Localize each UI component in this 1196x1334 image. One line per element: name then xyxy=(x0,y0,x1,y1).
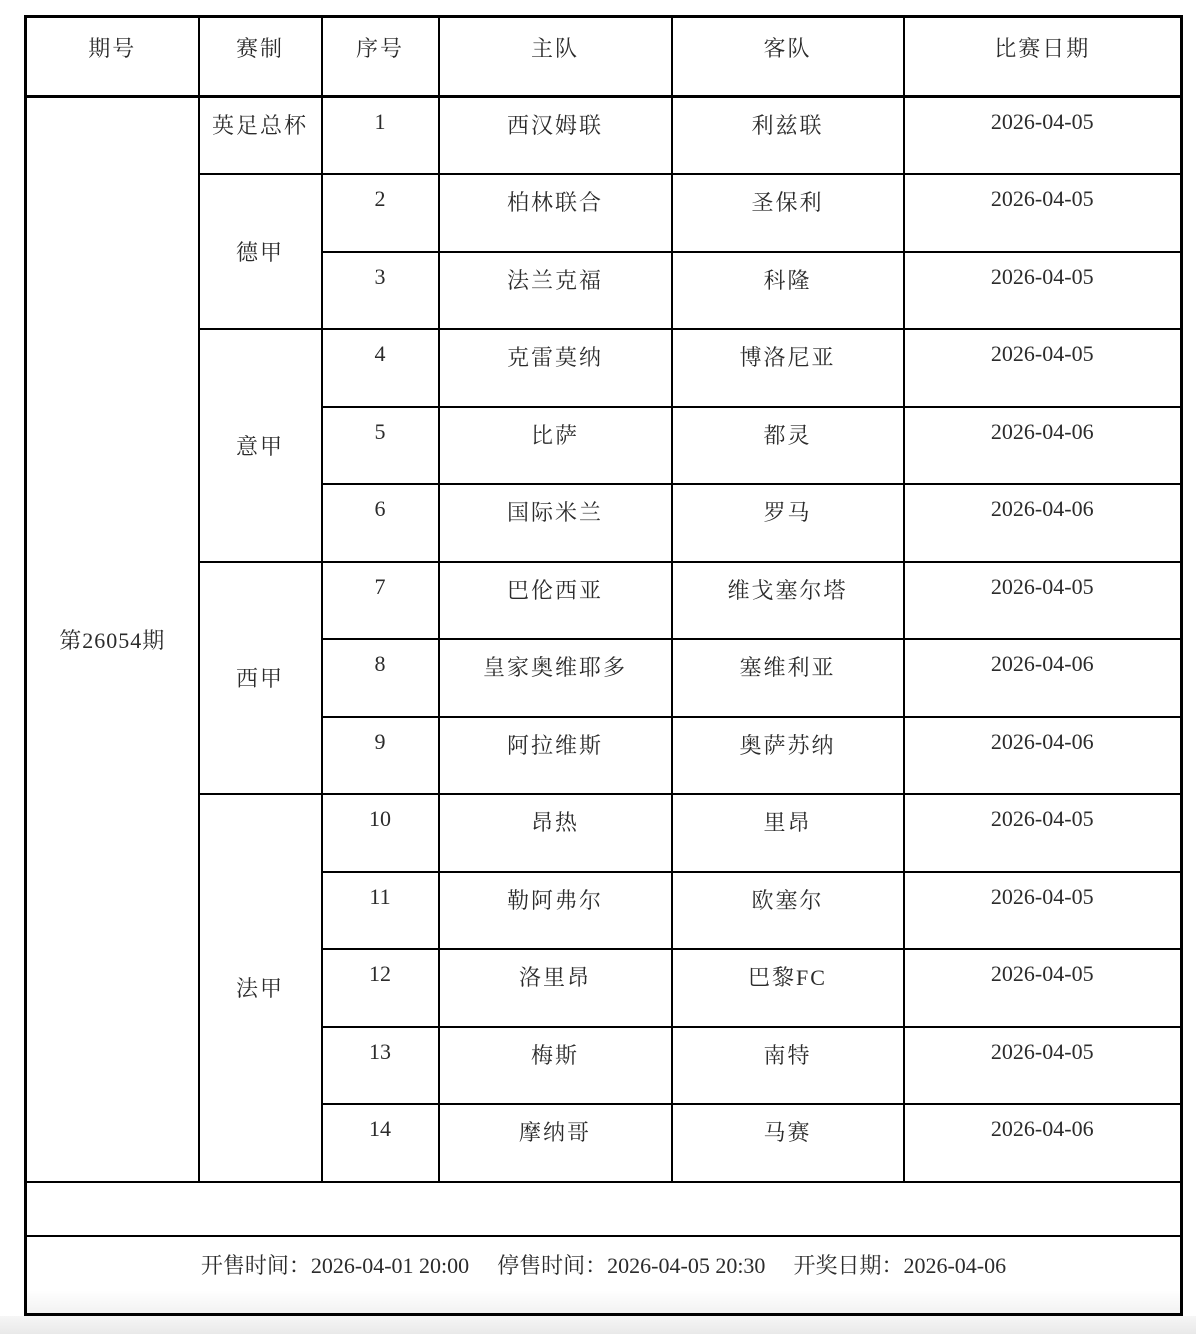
match-date-cell: 2026-04-05 xyxy=(904,329,1182,407)
match-row: 第26054期英足总杯1西汉姆联利兹联2026-04-05 xyxy=(26,97,1182,175)
home-team-cell: 国际米兰 xyxy=(439,484,672,562)
away-team-cell: 圣保利 xyxy=(672,174,904,252)
sale-info-cell: 开售时间：2026-04-01 20:00停售时间：2026-04-05 20:… xyxy=(26,1236,1182,1315)
sale-stop-label: 停售时间： xyxy=(497,1253,607,1278)
match-date-cell: 2026-04-05 xyxy=(904,872,1182,950)
spacer-row xyxy=(26,1182,1182,1236)
home-team-cell: 勒阿弗尔 xyxy=(439,872,672,950)
league-cell: 法甲 xyxy=(199,794,322,1182)
issue-cell: 第26054期 xyxy=(26,97,199,1182)
header-row: 期号 赛制 序号 主队 客队 比赛日期 xyxy=(26,17,1182,97)
draw-date-label: 开奖日期： xyxy=(793,1253,903,1278)
match-no-cell: 14 xyxy=(322,1104,439,1182)
col-header-match-no: 序号 xyxy=(322,17,439,97)
table-footer-rows: 开售时间：2026-04-01 20:00停售时间：2026-04-05 20:… xyxy=(26,1182,1182,1315)
col-header-match-date: 比赛日期 xyxy=(904,17,1182,97)
match-date-cell: 2026-04-06 xyxy=(904,1104,1182,1182)
match-date-cell: 2026-04-05 xyxy=(904,174,1182,252)
match-no-cell: 9 xyxy=(322,717,439,795)
home-team-cell: 巴伦西亚 xyxy=(439,562,672,640)
away-team-cell: 巴黎FC xyxy=(672,949,904,1027)
match-no-cell: 12 xyxy=(322,949,439,1027)
schedule-tbody: 第26054期英足总杯1西汉姆联利兹联2026-04-05德甲2柏林联合圣保利2… xyxy=(26,97,1182,1182)
match-no-cell: 13 xyxy=(322,1027,439,1105)
sale-info-row: 开售时间：2026-04-01 20:00停售时间：2026-04-05 20:… xyxy=(26,1236,1182,1315)
draw-date-value: 2026-04-06 xyxy=(903,1253,1006,1278)
match-row: 意甲4克雷莫纳博洛尼亚2026-04-05 xyxy=(26,329,1182,407)
league-cell: 西甲 xyxy=(199,562,322,795)
match-no-cell: 5 xyxy=(322,407,439,485)
match-date-cell: 2026-04-05 xyxy=(904,252,1182,330)
match-no-cell: 8 xyxy=(322,639,439,717)
home-team-cell: 洛里昂 xyxy=(439,949,672,1027)
match-date-cell: 2026-04-05 xyxy=(904,949,1182,1027)
home-team-cell: 摩纳哥 xyxy=(439,1104,672,1182)
away-team-cell: 欧塞尔 xyxy=(672,872,904,950)
match-row: 法甲10昂热里昂2026-04-05 xyxy=(26,794,1182,872)
away-team-cell: 利兹联 xyxy=(672,97,904,175)
home-team-cell: 梅斯 xyxy=(439,1027,672,1105)
spacer-cell xyxy=(26,1182,1182,1236)
col-header-home-team: 主队 xyxy=(439,17,672,97)
match-date-cell: 2026-04-06 xyxy=(904,484,1182,562)
match-no-cell: 2 xyxy=(322,174,439,252)
away-team-cell: 南特 xyxy=(672,1027,904,1105)
home-team-cell: 法兰克福 xyxy=(439,252,672,330)
match-date-cell: 2026-04-06 xyxy=(904,407,1182,485)
away-team-cell: 马赛 xyxy=(672,1104,904,1182)
home-team-cell: 比萨 xyxy=(439,407,672,485)
match-no-cell: 10 xyxy=(322,794,439,872)
lottery-schedule-table: 期号 赛制 序号 主队 客队 比赛日期 第26054期英足总杯1西汉姆联利兹联2… xyxy=(24,15,1183,1316)
match-row: 西甲7巴伦西亚维戈塞尔塔2026-04-05 xyxy=(26,562,1182,640)
away-team-cell: 塞维利亚 xyxy=(672,639,904,717)
match-no-cell: 7 xyxy=(322,562,439,640)
away-team-cell: 里昂 xyxy=(672,794,904,872)
match-date-cell: 2026-04-05 xyxy=(904,562,1182,640)
league-cell: 英足总杯 xyxy=(199,97,322,175)
match-no-cell: 1 xyxy=(322,97,439,175)
match-date-cell: 2026-04-05 xyxy=(904,97,1182,175)
match-date-cell: 2026-04-05 xyxy=(904,1027,1182,1105)
match-no-cell: 6 xyxy=(322,484,439,562)
page-bottom-strip xyxy=(0,1316,1196,1334)
away-team-cell: 科隆 xyxy=(672,252,904,330)
away-team-cell: 博洛尼亚 xyxy=(672,329,904,407)
home-team-cell: 西汉姆联 xyxy=(439,97,672,175)
away-team-cell: 罗马 xyxy=(672,484,904,562)
away-team-cell: 奥萨苏纳 xyxy=(672,717,904,795)
sale-start-value: 2026-04-01 20:00 xyxy=(311,1253,469,1278)
home-team-cell: 昂热 xyxy=(439,794,672,872)
league-cell: 德甲 xyxy=(199,174,322,329)
league-cell: 意甲 xyxy=(199,329,322,562)
match-date-cell: 2026-04-06 xyxy=(904,639,1182,717)
match-no-cell: 11 xyxy=(322,872,439,950)
home-team-cell: 克雷莫纳 xyxy=(439,329,672,407)
col-header-issue: 期号 xyxy=(26,17,199,97)
match-date-cell: 2026-04-05 xyxy=(904,794,1182,872)
away-team-cell: 维戈塞尔塔 xyxy=(672,562,904,640)
away-team-cell: 都灵 xyxy=(672,407,904,485)
match-row: 德甲2柏林联合圣保利2026-04-05 xyxy=(26,174,1182,252)
sale-start-label: 开售时间： xyxy=(201,1253,311,1278)
match-no-cell: 3 xyxy=(322,252,439,330)
home-team-cell: 皇家奥维耶多 xyxy=(439,639,672,717)
col-header-league: 赛制 xyxy=(199,17,322,97)
home-team-cell: 柏林联合 xyxy=(439,174,672,252)
match-date-cell: 2026-04-06 xyxy=(904,717,1182,795)
table-header: 期号 赛制 序号 主队 客队 比赛日期 xyxy=(26,17,1182,97)
home-team-cell: 阿拉维斯 xyxy=(439,717,672,795)
col-header-away-team: 客队 xyxy=(672,17,904,97)
match-no-cell: 4 xyxy=(322,329,439,407)
sale-stop-value: 2026-04-05 20:30 xyxy=(607,1253,765,1278)
